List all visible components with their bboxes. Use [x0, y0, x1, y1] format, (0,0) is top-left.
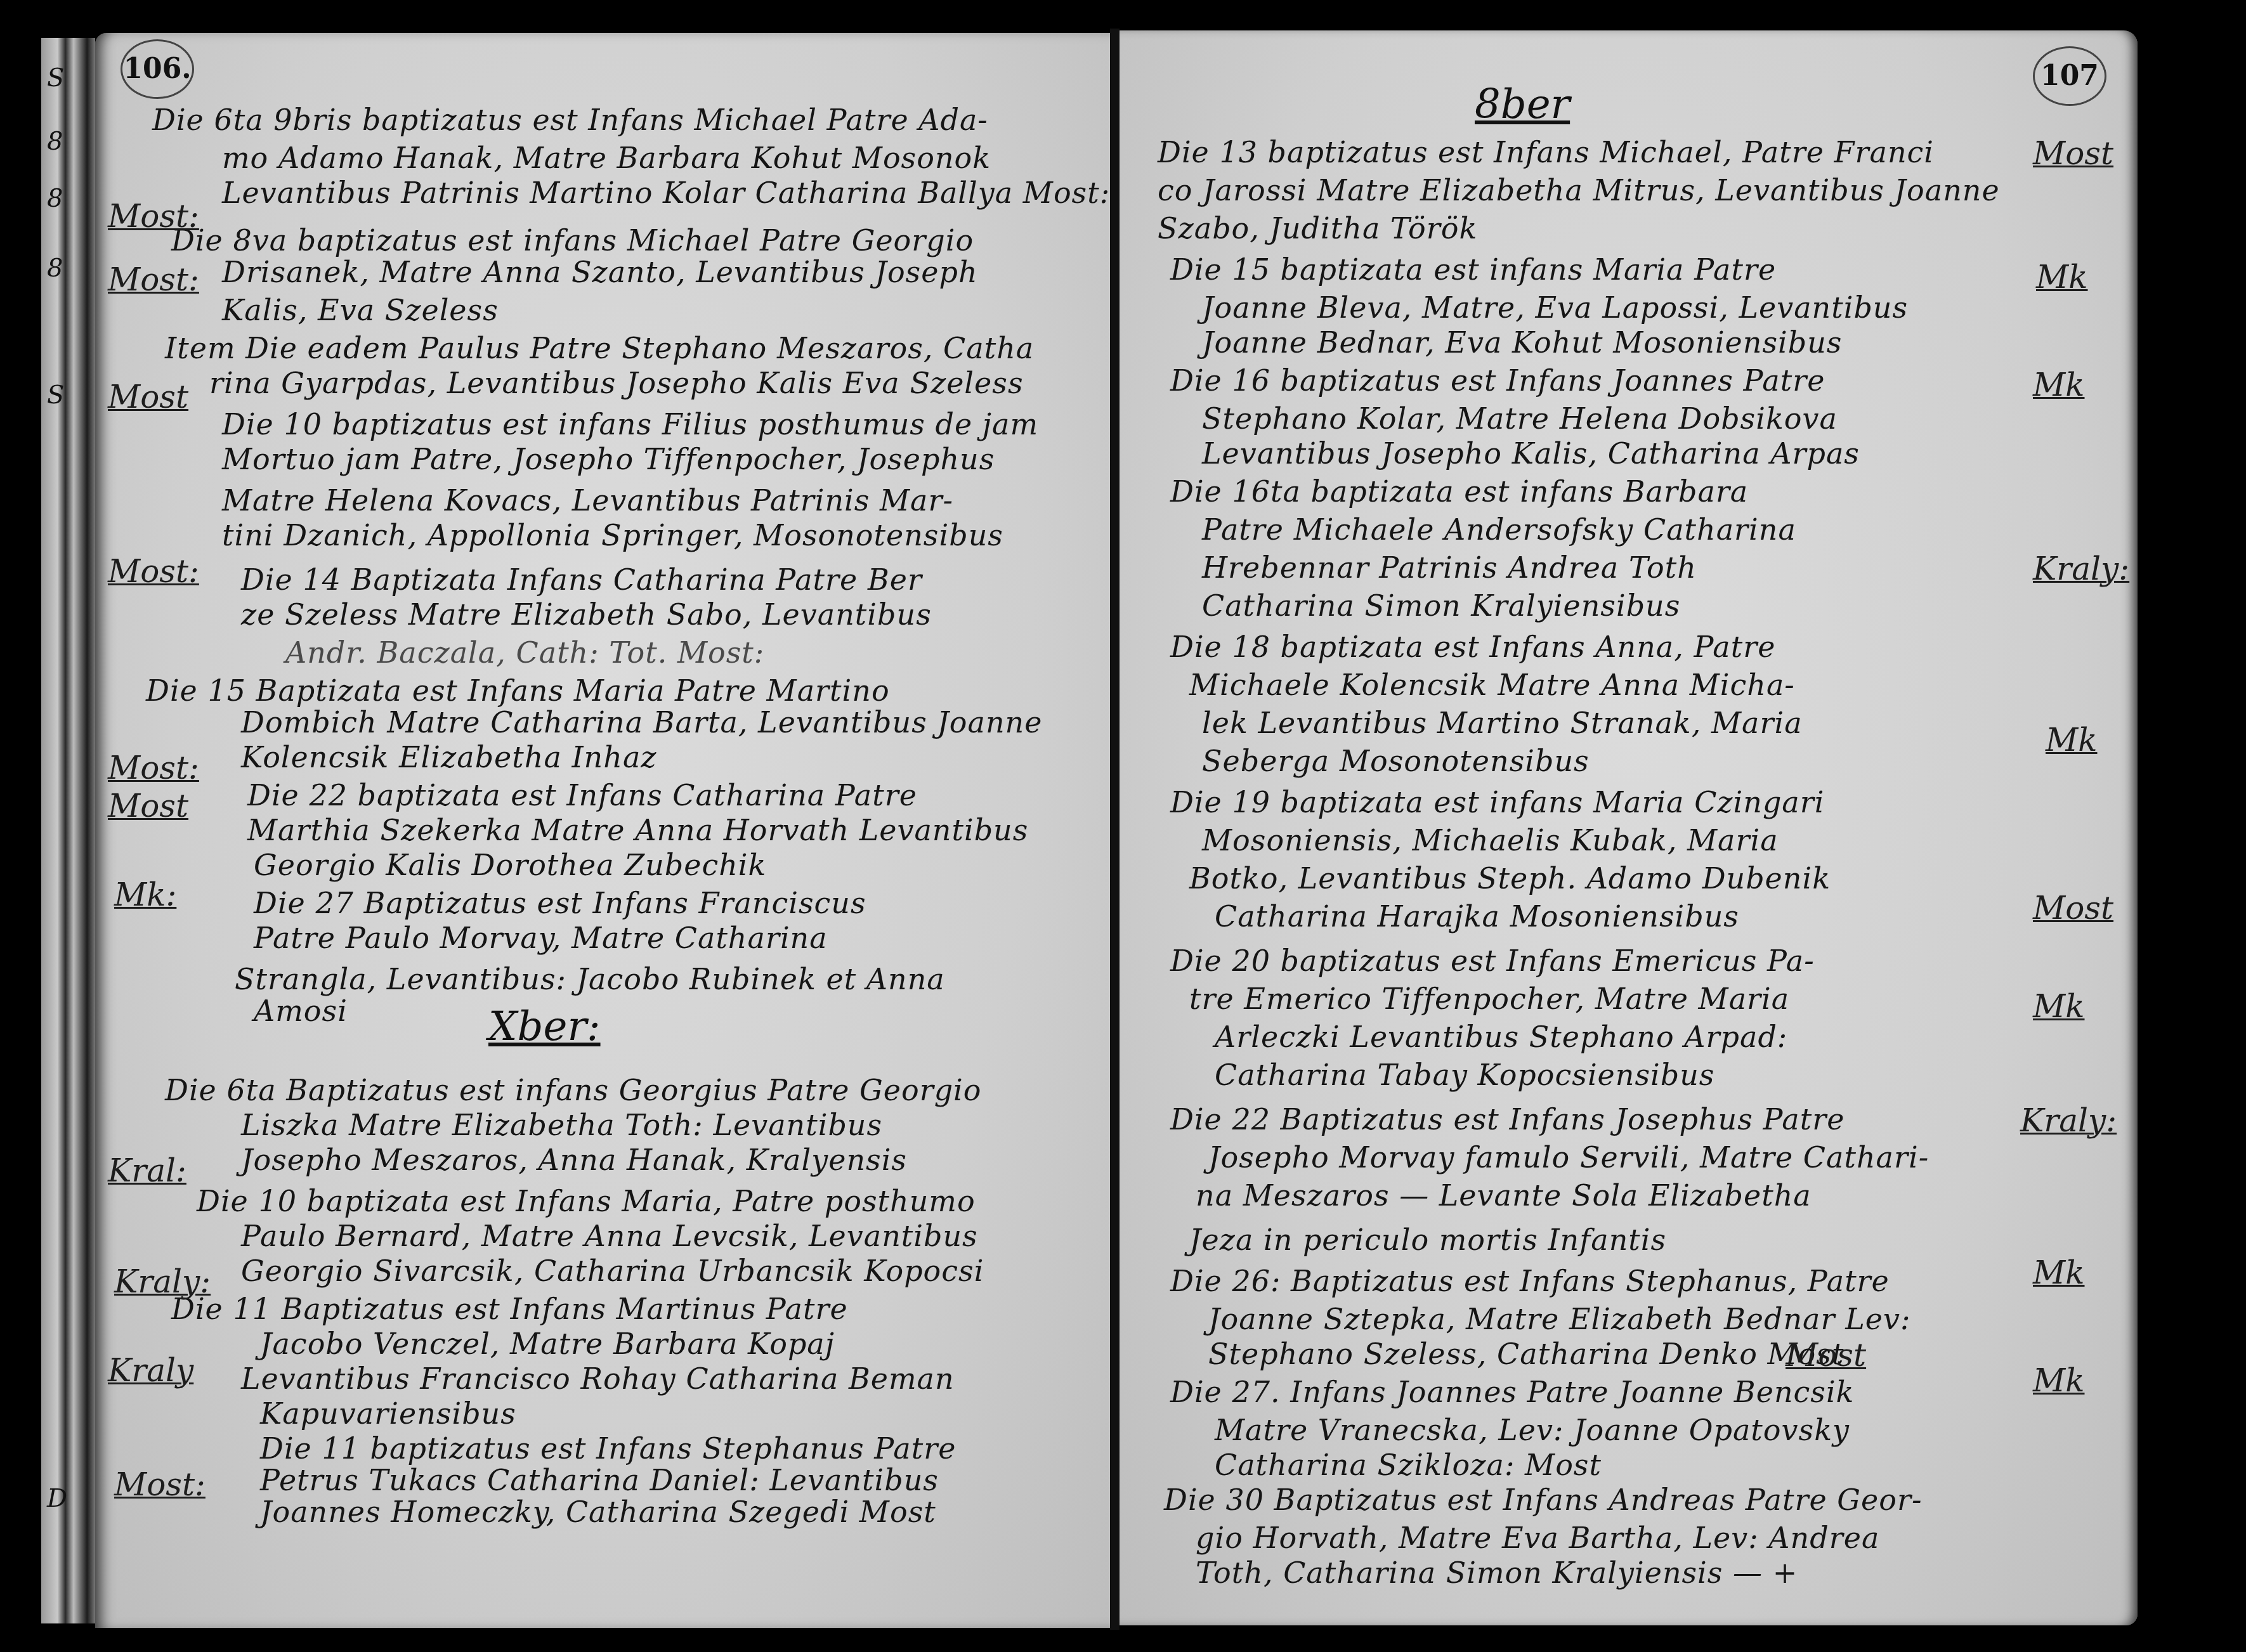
register-line: Die 18 baptizata est Infans Anna, Patre [1170, 630, 1776, 664]
register-line: Die 22 baptizata est Infans Catharina Pa… [247, 778, 917, 812]
register-line: Die 6ta Baptizatus est infans Georgius P… [165, 1073, 982, 1107]
margin-note: Kraly: [114, 1263, 211, 1300]
stub-fragment-mark: 8 [47, 127, 63, 156]
page-number: 107 [2033, 46, 2106, 106]
margin-note: Mk [2036, 259, 2088, 296]
left-page: 106. Die 6ta 9bris baptizatus est Infans… [95, 33, 1110, 1628]
margin-note: Most: [108, 750, 199, 786]
margin-note: Most [2033, 135, 2113, 172]
register-line: Andr. Baczala, Cath: Tot. Most: [285, 635, 764, 670]
margin-note: Mk [2033, 367, 2085, 403]
margin-note: Kraly: [2020, 1102, 2117, 1139]
register-line: Die 13 baptizatus est Infans Michael, Pa… [1158, 135, 1934, 169]
register-line: Liszka Matre Elizabetha Toth: Levantibus [241, 1108, 882, 1142]
margin-note: Most [108, 788, 188, 824]
register-line: Stephano Szeless, Catharina Denko Most [1208, 1337, 1844, 1371]
register-line: Die 11 baptizatus est Infans Stephanus P… [260, 1431, 956, 1466]
register-line: Die 8va baptizatus est infans Michael Pa… [171, 223, 974, 257]
register-line: Kolencsik Elizabetha Inhaz [241, 740, 657, 774]
register-line: na Meszaros — Levante Sola Elizabetha [1196, 1178, 1812, 1213]
margin-note: Kraly [108, 1352, 193, 1389]
register-line: Catharina Tabay Kopocsiensibus [1215, 1058, 1714, 1092]
register-line: Michaele Kolencsik Matre Anna Micha- [1189, 668, 1795, 702]
page-number: 106. [121, 39, 194, 99]
register-line: Georgio Sivarcsik, Catharina Urbancsik K… [241, 1254, 984, 1288]
margin-note: Mk: [114, 876, 176, 913]
register-line: Die 15 Baptizata est Infans Maria Patre … [146, 673, 890, 708]
margin-note: Mk [2033, 988, 2085, 1025]
stub-fragment-mark: S [47, 63, 64, 93]
margin-note: Most [1786, 1337, 1866, 1374]
stub-fragment-mark: S [47, 380, 64, 410]
register-line: Joannes Homeczky, Catharina Szegedi Most [260, 1495, 936, 1529]
register-line: Die 26: Baptizatus est Infans Stephanus,… [1170, 1264, 1890, 1298]
register-line: Levantibus Patrinis Martino Kolar Cathar… [222, 176, 1110, 210]
register-line: Die 11 Baptizatus est Infans Martinus Pa… [171, 1292, 848, 1326]
register-line: Joanne Sztepka, Matre Elizabeth Bednar L… [1208, 1302, 1910, 1336]
register-line: Catharina Simon Kralyiensibus [1202, 589, 1680, 623]
right-page: 107 8ber Die 13 baptizatus est Infans Mi… [1120, 30, 2138, 1625]
register-line: Mortuo jam Patre, Josepho Tiffenpocher, … [222, 442, 995, 476]
margin-note: Most [2033, 890, 2113, 927]
register-line: Catharina Szikloza: Most [1215, 1448, 1602, 1482]
register-line: Stephano Kolar, Matre Helena Dobsikova [1202, 401, 1838, 436]
register-line: ze Szeless Matre Elizabeth Sabo, Levanti… [241, 597, 932, 632]
register-line: Drisanek, Matre Anna Szanto, Levantibus … [222, 255, 978, 289]
register-line: Levantibus Francisco Rohay Catharina Bem… [241, 1362, 955, 1396]
register-line: Matre Helena Kovacs, Levantibus Patrinis… [222, 483, 953, 517]
register-line: Die 6ta 9bris baptizatus est Infans Mich… [152, 103, 988, 137]
register-line: tre Emerico Tiffenpocher, Matre Maria [1189, 982, 1789, 1016]
register-line: Kapuvariensibus [260, 1396, 516, 1431]
register-line: Item Die eadem Paulus Patre Stephano Mes… [165, 331, 1034, 365]
register-line: Arleczki Levantibus Stephano Arpad: [1215, 1020, 1787, 1054]
register-line: Botko, Levantibus Steph. Adamo Dubenik [1189, 861, 1831, 895]
register-line: Catharina Harajka Mosoniensibus [1215, 899, 1739, 933]
register-line: Die 15 baptizata est infans Maria Patre [1170, 252, 1776, 287]
register-line: Die 10 baptizata est Infans Maria, Patre… [197, 1184, 976, 1218]
register-line: Die 19 baptizata est infans Maria Czinga… [1170, 785, 1825, 819]
register-line: tini Dzanich, Appollonia Springer, Moson… [222, 518, 1003, 552]
register-line: Jeza in periculo mortis Infantis [1189, 1223, 1666, 1257]
register-line: Die 27. Infans Joannes Patre Joanne Benc… [1170, 1375, 1854, 1409]
margin-note: Kral: [108, 1152, 186, 1189]
month-heading: 8ber [1475, 81, 1570, 128]
margin-note: Most: [108, 261, 199, 298]
register-line: Matre Vranecska, Lev: Joanne Opatovsky [1215, 1413, 1850, 1447]
margin-note: Most: [114, 1466, 206, 1503]
register-line: Joanne Bednar, Eva Kohut Mosoniensibus [1202, 325, 1842, 360]
stub-fragment-mark: 8 [47, 184, 63, 213]
register-line: Toth, Catharina Simon Kralyiensis — + [1196, 1556, 1798, 1590]
register-line: Georgio Kalis Dorothea Zubechik [254, 848, 766, 882]
margin-note: Mk [2046, 722, 2098, 758]
register-line: Levantibus Josepho Kalis, Catharina Arpa… [1202, 436, 1860, 471]
month-heading: Xber: [488, 1003, 601, 1050]
register-line: Die 16ta baptizata est infans Barbara [1170, 474, 1748, 509]
margin-note: Most [108, 379, 188, 415]
margin-note: Kraly: [2033, 550, 2129, 587]
register-line: mo Adamo Hanak, Matre Barbara Kohut Moso… [222, 141, 991, 175]
register-line: Jacobo Venczel, Matre Barbara Kopaj [260, 1327, 835, 1361]
register-line: Die 10 baptizatus est infans Filius post… [222, 407, 1038, 441]
register-line: Hrebennar Patrinis Andrea Toth [1202, 550, 1697, 585]
stub-fragment-mark: 8 [47, 254, 63, 283]
margin-note: Most: [108, 553, 199, 590]
register-line: Patre Paulo Morvay, Matre Catharina [254, 921, 828, 955]
register-line: Strangla, Levantibus: Jacobo Rubinek et … [235, 962, 945, 996]
register-line: Die 20 baptizatus est Infans Emericus Pa… [1170, 944, 1815, 978]
register-line: Marthia Szekerka Matre Anna Horvath Leva… [247, 813, 1028, 847]
register-line: Die 30 Baptizatus est Infans Andreas Pat… [1164, 1483, 1922, 1517]
register-line: Joanne Bleva, Matre, Eva Lapossi, Levant… [1202, 290, 1908, 325]
register-line: Dombich Matre Catharina Barta, Levantibu… [241, 705, 1042, 739]
register-line: Josepho Meszaros, Anna Hanak, Kralyensis [241, 1143, 907, 1177]
stub-fragment-mark: D [47, 1484, 67, 1513]
register-line: co Jarossi Matre Elizabetha Mitrus, Leva… [1158, 173, 2000, 207]
register-line: Die 14 Baptizata Infans Catharina Patre … [241, 563, 922, 597]
register-line: Die 22 Baptizatus est Infans Josephus Pa… [1170, 1102, 1844, 1136]
register-line: Amosi [254, 994, 348, 1028]
register-line: gio Horvath, Matre Eva Bartha, Lev: Andr… [1196, 1521, 1879, 1555]
margin-note: Most: [108, 198, 199, 235]
register-line: Szabo, Juditha Török [1158, 211, 1477, 245]
margin-note: Mk [2033, 1254, 2085, 1291]
register-line: lek Levantibus Martino Stranak, Maria [1202, 706, 1803, 740]
register-line: Patre Michaele Andersofsky Catharina [1202, 512, 1796, 547]
register-line: Paulo Bernard, Matre Anna Levcsik, Levan… [241, 1219, 978, 1253]
register-line: Petrus Tukacs Catharina Daniel: Levantib… [260, 1463, 939, 1497]
register-line: Die 27 Baptizatus est Infans Franciscus [254, 886, 866, 920]
register-line: rina Gyarpdas, Levantibus Josepho Kalis … [209, 366, 1024, 400]
margin-note: Mk [2033, 1362, 2085, 1399]
register-line: Josepho Morvay famulo Servili, Matre Cat… [1208, 1140, 1929, 1174]
register-line: Die 16 baptizatus est Infans Joannes Pat… [1170, 363, 1825, 398]
book-gutter [1110, 29, 1120, 1630]
register-line: Seberga Mosonotensibus [1202, 744, 1590, 778]
register-line: Mosoniensis, Michaelis Kubak, Maria [1202, 823, 1779, 857]
register-line: Kalis, Eva Szeless [222, 293, 499, 327]
